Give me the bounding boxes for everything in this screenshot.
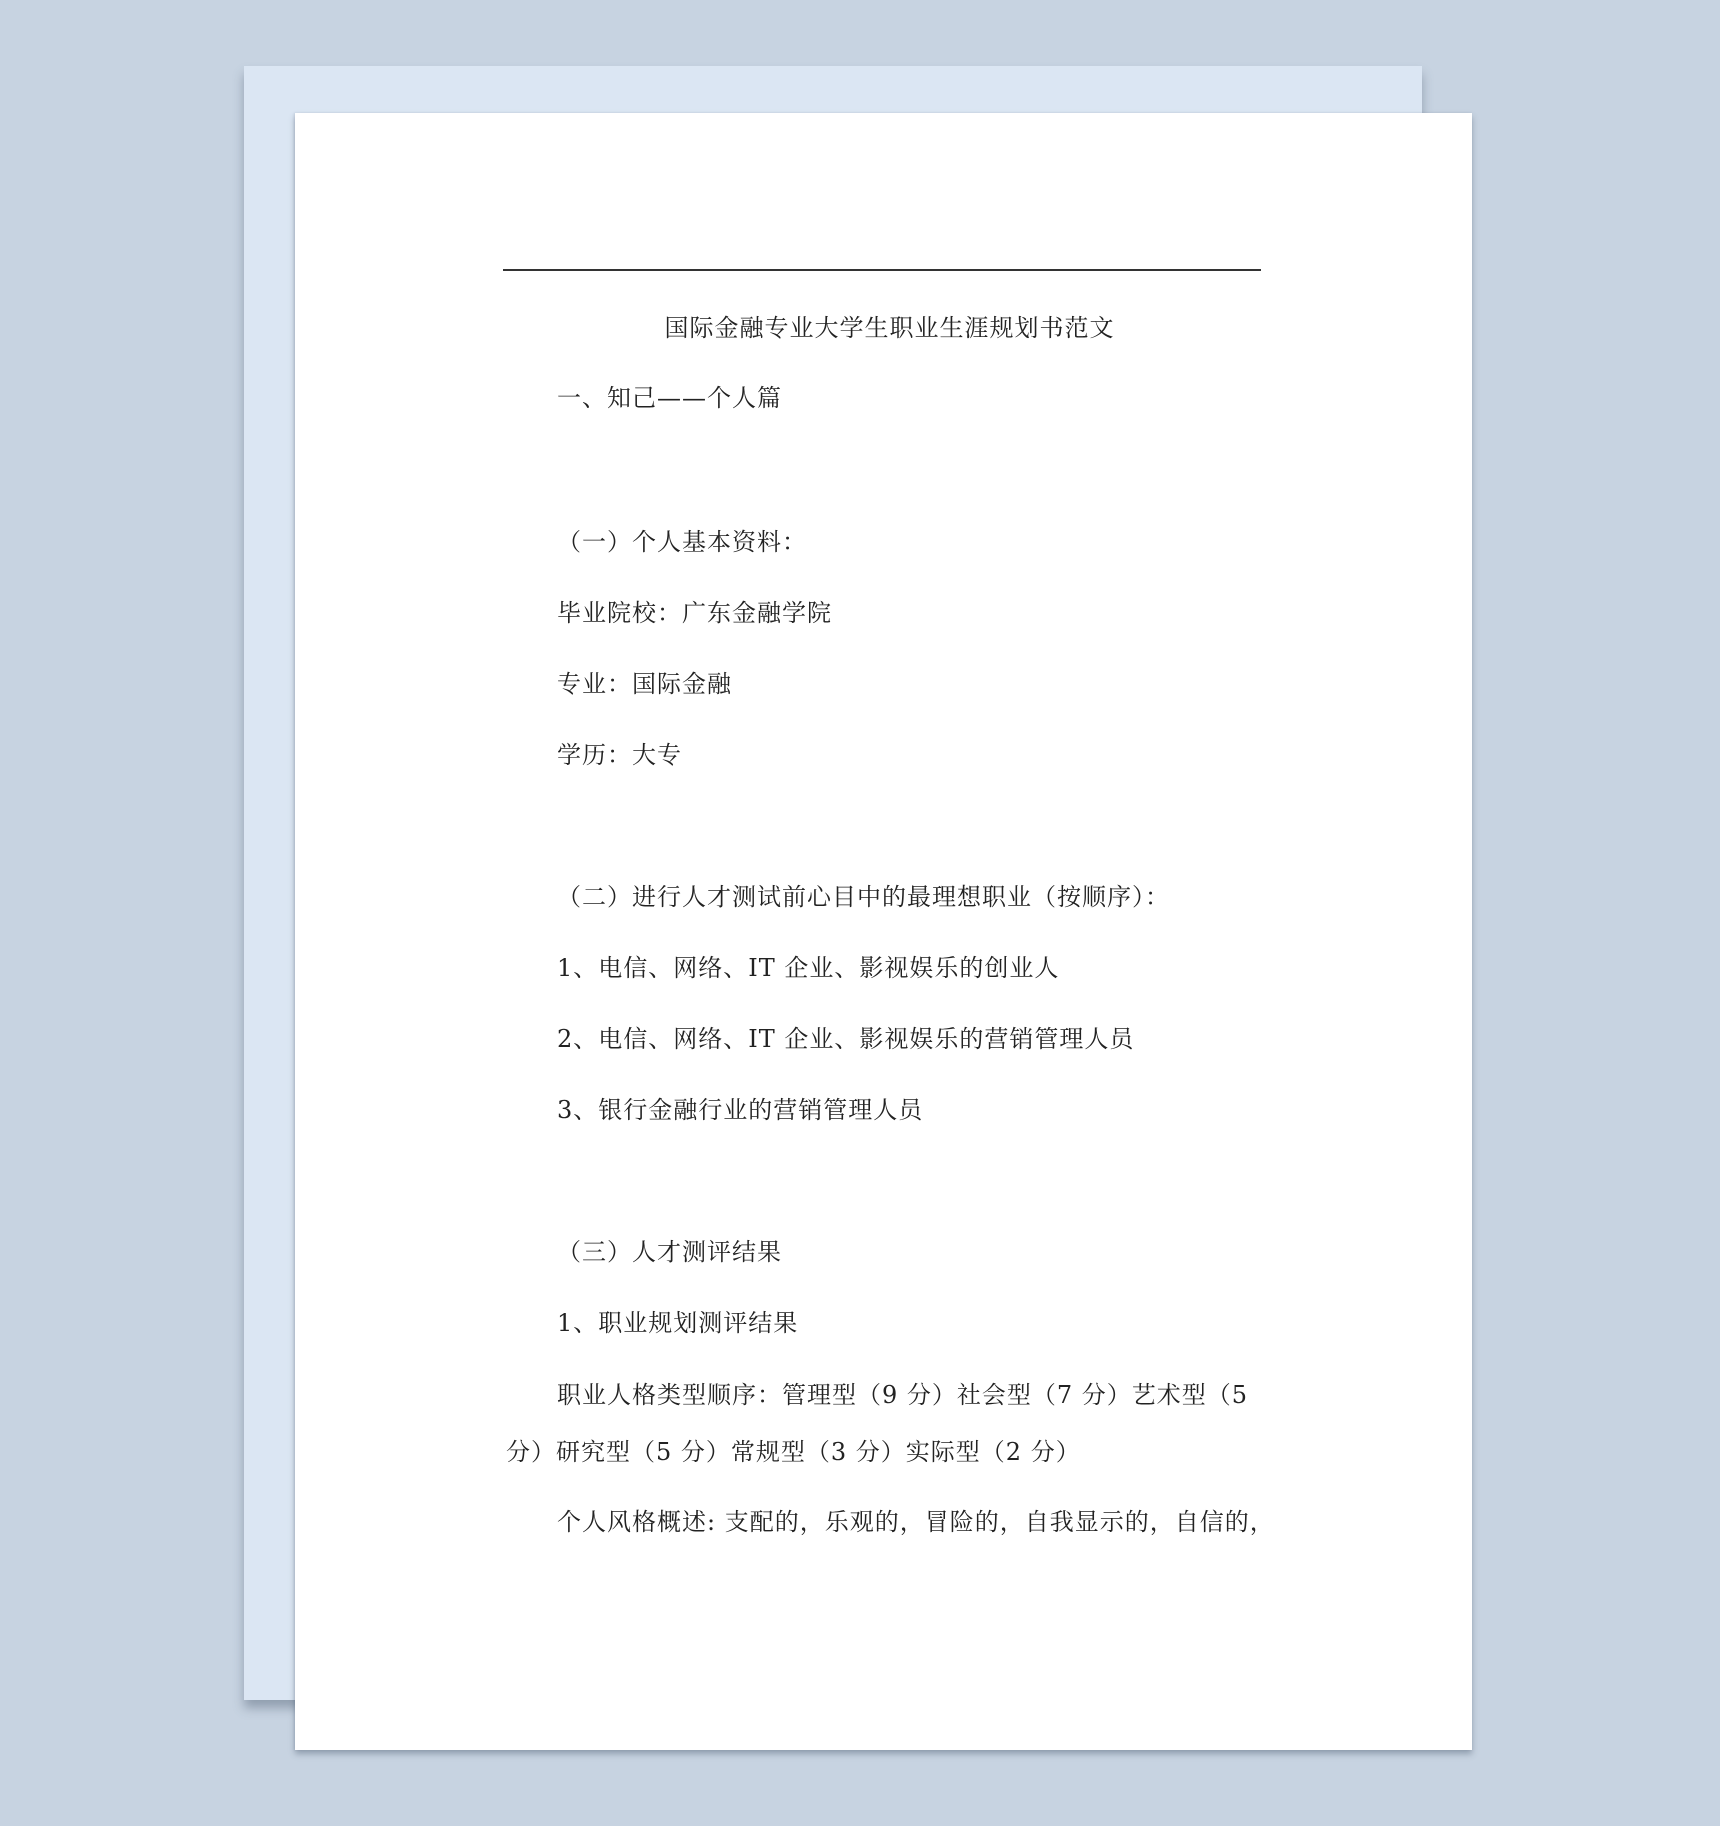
list-item: 3、银行金融行业的营销管理人员	[557, 1095, 923, 1125]
major-line: 专业：国际金融	[557, 669, 732, 699]
personality-order-line-2: 分）研究型（5 分）常规型（3 分）实际型（2 分）	[506, 1437, 1081, 1467]
header-rule	[503, 269, 1261, 271]
subsection-heading-results: （三）人才测评结果	[557, 1237, 782, 1267]
subsection-heading-ideal-jobs: （二）进行人才测试前心目中的最理想职业（按顺序）：	[557, 882, 1170, 912]
education-line: 学历：大专	[557, 740, 682, 770]
personality-order-line-1: 职业人格类型顺序：管理型（9 分）社会型（7 分）艺术型（5	[557, 1380, 1248, 1410]
list-item: 1、电信、网络、IT 企业、影视娱乐的创业人	[557, 953, 1059, 983]
section-heading: 一、知己——个人篇	[557, 383, 782, 413]
document-page: 国际金融专业大学生职业生涯规划书范文 一、知己——个人篇 （一）个人基本资料： …	[295, 113, 1472, 1750]
list-item: 2、电信、网络、IT 企业、影视娱乐的营销管理人员	[557, 1024, 1134, 1054]
subsection-heading-basic-info: （一）个人基本资料：	[557, 527, 807, 557]
style-summary-line: 个人风格概述: 支配的，乐观的，冒险的，自我显示的，自信的，	[557, 1507, 1275, 1537]
results-subheading: 1、职业规划测评结果	[557, 1308, 798, 1338]
school-line: 毕业院校：广东金融学院	[557, 598, 832, 628]
document-title: 国际金融专业大学生职业生涯规划书范文	[295, 313, 1472, 343]
